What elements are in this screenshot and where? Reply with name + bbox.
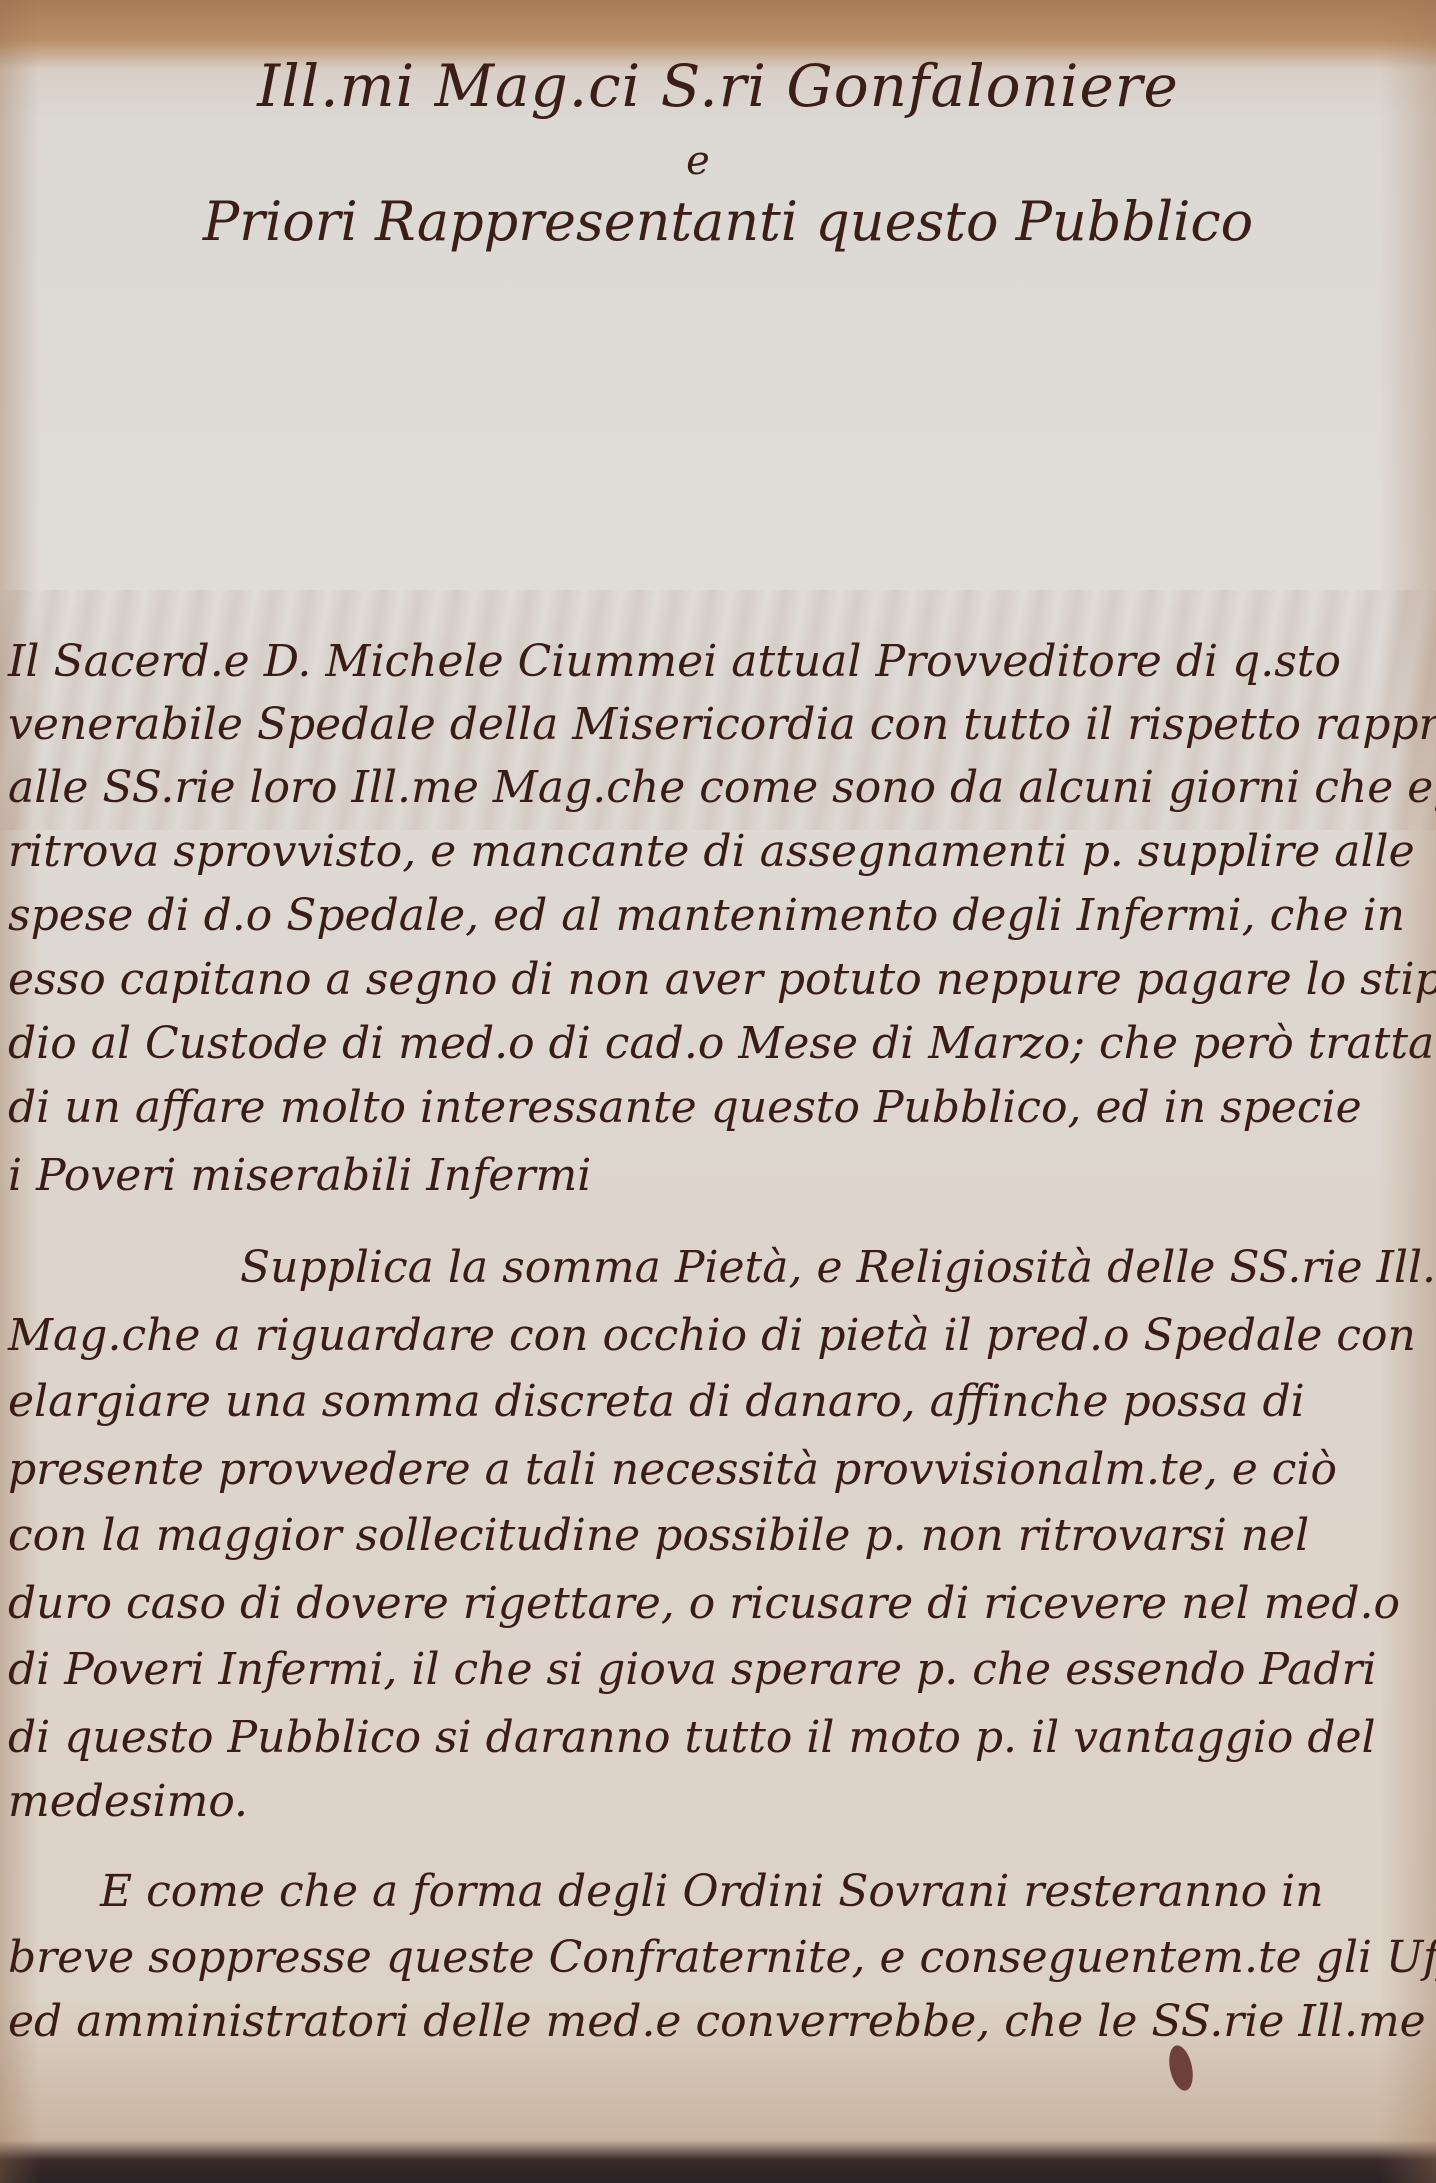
body-line: medesimo. (8, 1772, 248, 1832)
body-line: con la maggior sollecitudine possibile p… (8, 1506, 1309, 1566)
body-line: breve soppresse queste Confraternite, e … (8, 1928, 1436, 1988)
body-line: E come che a forma degli Ordini Sovrani … (100, 1862, 1324, 1922)
body-line: di questo Pubblico si daranno tutto il m… (8, 1708, 1376, 1768)
heading-line-2: Priori Rappresentanti questo Pubblico (10, 190, 1436, 253)
manuscript-page: Ill.mi Mag.ci S.ri Gonfaloniere e Priori… (0, 0, 1436, 2183)
body-line: i Poveri miserabili Infermi (8, 1146, 591, 1206)
body-line: presente provvedere a tali necessità pro… (8, 1440, 1337, 1500)
body-line: dio al Custode di med.o di cad.o Mese di… (8, 1014, 1436, 1074)
body-line: elargiare una somma discreta di danaro, … (8, 1372, 1305, 1432)
body-line: alle SS.rie loro Ill.me Mag.che come son… (8, 758, 1436, 818)
body-line: venerabile Spedale della Misericordia co… (8, 695, 1436, 755)
body-line: spese di d.o Spedale, ed al mantenimento… (8, 886, 1405, 946)
body-line: ed amministratori delle med.e converrebb… (8, 1992, 1426, 2052)
body-line: Mag.che a riguardare con occhio di pietà… (8, 1306, 1416, 1366)
body-line: ritrova sprovvisto, e mancante di assegn… (8, 822, 1415, 882)
heading-conjunction: e (0, 138, 1416, 184)
body-line: Supplica la somma Pietà, e Religiosità d… (240, 1238, 1436, 1298)
body-line: esso capitano a segno di non aver potuto… (8, 950, 1436, 1010)
body-line: duro caso di dovere rigettare, o ricusar… (8, 1574, 1400, 1634)
body-line: di un affare molto interessante questo P… (8, 1078, 1362, 1138)
body-line: Il Sacerd.e D. Michele Ciummei attual Pr… (8, 632, 1341, 692)
body-line: di Poveri Infermi, il che si giova spera… (8, 1640, 1377, 1700)
heading-line-1: Ill.mi Mag.ci S.ri Gonfaloniere (0, 52, 1436, 120)
